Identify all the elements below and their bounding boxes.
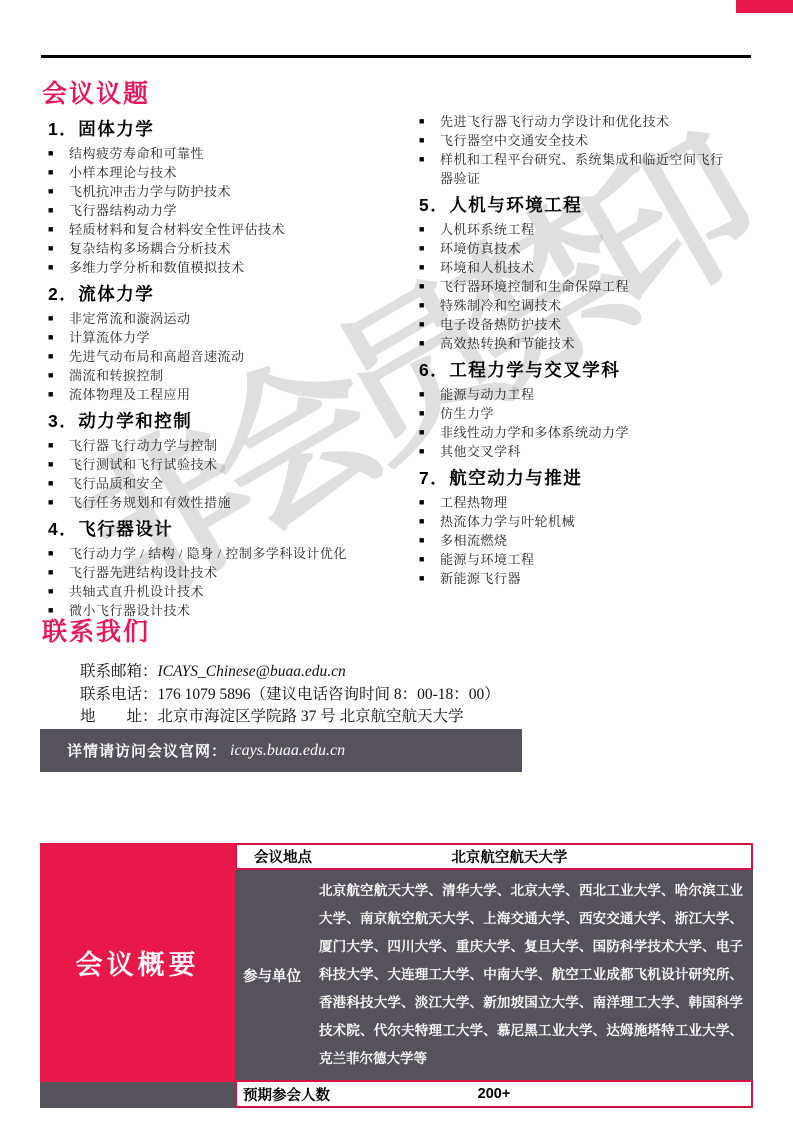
topic-item: ■飞行任务规划和有效性措施: [42, 493, 413, 512]
attendance-row: 预期参会人数 200+: [235, 1080, 753, 1108]
contact-phone-line: 联系电话：176 1079 5896（建议电话咨询时间 8：00-18：00）: [80, 684, 500, 707]
venue-label: 会议地点: [237, 846, 312, 867]
summary-title-cell: 会议概要: [40, 843, 235, 1082]
topic-item-label: 新能源飞行器: [440, 569, 521, 588]
topic-item-label: 能源与环境工程: [440, 550, 535, 569]
topic-item: ■非定常流和漩涡运动: [42, 309, 413, 328]
bullet-square-icon: ■: [48, 436, 69, 455]
bullet-square-icon: ■: [48, 239, 69, 258]
topics-column: 1．固体力学■结构疲劳寿命和可靠性■小样本理论与技术■飞机抗冲击力学与防护技术■…: [42, 112, 413, 620]
bullet-square-icon: ■: [419, 442, 440, 461]
topic-item-label: 飞行器空中交通安全技术: [440, 131, 589, 150]
topic-item-label: 特殊制冷和空调技术: [440, 296, 562, 315]
topic-item: ■电子设备热防护技术: [413, 315, 784, 334]
bullet-square-icon: ■: [48, 201, 69, 220]
topic-item-label: 非定常流和漩涡运动: [69, 309, 191, 328]
topic-item: ■共轴式直升机设计技术: [42, 582, 413, 601]
bullet-square-icon: ■: [419, 493, 440, 512]
contact-lines: 联系邮箱：ICAYS_Chinese@buaa.edu.cn 联系电话：176 …: [80, 661, 500, 729]
bullet-square-icon: ■: [419, 385, 440, 404]
section-heading: 5．人机与环境工程: [413, 188, 784, 220]
topic-item: ■样机和工程平台研究、系统集成和临近空间飞行器验证: [413, 150, 784, 188]
section-heading: 1．固体力学: [42, 112, 413, 144]
bullet-square-icon: ■: [48, 347, 69, 366]
bullet-square-icon: ■: [419, 550, 440, 569]
topic-item: ■飞机抗冲击力学与防护技术: [42, 182, 413, 201]
website-banner: 详情请访问会议官网： icays.buaa.edu.cn: [40, 729, 522, 772]
topic-item-label: 轻质材料和复合材料安全性评估技术: [69, 220, 285, 239]
topic-item: ■飞行品质和安全: [42, 474, 413, 493]
topic-item: ■先进飞行器飞行动力学设计和优化技术: [413, 112, 784, 131]
topic-item-label: 多相流燃烧: [440, 531, 508, 550]
bullet-square-icon: ■: [48, 309, 69, 328]
topic-item-label: 热流体力学与叶轮机械: [440, 512, 575, 531]
topic-item-label: 先进飞行器飞行动力学设计和优化技术: [440, 112, 670, 131]
bullet-square-icon: ■: [419, 131, 440, 150]
contact-address-value: 北京市海淀区学院路 37 号 北京航空航天大学: [158, 708, 464, 725]
topic-item: ■小样本理论与技术: [42, 163, 413, 182]
page-corner-mark: [736, 0, 793, 13]
bullet-square-icon: ■: [48, 182, 69, 201]
topic-item-label: 工程热物理: [440, 493, 508, 512]
topic-item-label: 多维力学分析和数值模拟技术: [69, 258, 245, 277]
topic-item: ■先进气动布局和高超音速流动: [42, 347, 413, 366]
section-heading: 6．工程力学与交叉学科: [413, 353, 784, 385]
topics-two-column-list: 1．固体力学■结构疲劳寿命和可靠性■小样本理论与技术■飞机抗冲击力学与防护技术■…: [42, 112, 784, 620]
topic-item: ■飞行器先进结构设计技术: [42, 563, 413, 582]
website-banner-label: 详情请访问会议官网：: [67, 740, 227, 761]
topic-item: ■工程热物理: [413, 493, 784, 512]
bullet-square-icon: ■: [419, 423, 440, 442]
topic-item-label: 能源与动力工程: [440, 385, 535, 404]
bullet-square-icon: ■: [48, 563, 69, 582]
bullet-square-icon: ■: [419, 258, 440, 277]
bullet-square-icon: ■: [48, 544, 69, 563]
topic-item: ■结构疲劳寿命和可靠性: [42, 144, 413, 163]
topic-item: ■湍流和转捩控制: [42, 366, 413, 385]
topic-item-label: 结构疲劳寿命和可靠性: [69, 144, 204, 163]
topic-item-label: 非线性动力学和多体系统动力学: [440, 423, 629, 442]
topic-item: ■飞行器环境控制和生命保障工程: [413, 277, 784, 296]
bullet-square-icon: ■: [419, 296, 440, 315]
topic-item: ■流体物理及工程应用: [42, 385, 413, 404]
contact-phone-label: 联系电话：: [80, 686, 158, 703]
bullet-square-icon: ■: [48, 493, 69, 512]
topic-item: ■飞行器结构动力学: [42, 201, 413, 220]
bullet-square-icon: ■: [48, 474, 69, 493]
venue-value: 北京航空航天大学: [451, 846, 567, 867]
bullet-square-icon: ■: [48, 455, 69, 474]
topic-item-label: 小样本理论与技术: [69, 163, 177, 182]
topic-item: ■其他交叉学科: [413, 442, 784, 461]
topic-item: ■新能源飞行器: [413, 569, 784, 588]
topic-item-label: 先进气动布局和高超音速流动: [69, 347, 245, 366]
topic-item: ■飞行器空中交通安全技术: [413, 131, 784, 150]
participants-value: 北京航空航天大学、清华大学、北京大学、西北工业大学、哈尔滨工业大学、南京航空航天…: [319, 877, 753, 1073]
topic-item-label: 飞行器飞行动力学与控制: [69, 436, 218, 455]
topic-item-label: 飞行任务规划和有效性措施: [69, 493, 231, 512]
contact-email-label: 联系邮箱：: [80, 663, 158, 680]
contact-address-label: 地 址：: [80, 708, 158, 725]
topic-item-label: 飞行动力学 / 结构 / 隐身 / 控制多学科设计优化: [69, 544, 347, 563]
topic-item: ■热流体力学与叶轮机械: [413, 512, 784, 531]
bullet-square-icon: ■: [48, 144, 69, 163]
topic-item-label: 飞机抗冲击力学与防护技术: [69, 182, 231, 201]
participants-label: 参与单位: [235, 965, 319, 986]
bullet-square-icon: ■: [48, 258, 69, 277]
topic-item: ■轻质材料和复合材料安全性评估技术: [42, 220, 413, 239]
topic-item: ■高效热转换和节能技术: [413, 334, 784, 353]
topic-item-label: 仿生力学: [440, 404, 494, 423]
topic-item-label: 飞行器结构动力学: [69, 201, 177, 220]
topic-item-label: 环境仿真技术: [440, 239, 521, 258]
bullet-square-icon: ■: [419, 404, 440, 423]
topic-item-label: 飞行品质和安全: [69, 474, 164, 493]
bullet-square-icon: ■: [48, 366, 69, 385]
topic-item: ■非线性动力学和多体系统动力学: [413, 423, 784, 442]
topic-item-label: 复杂结构多场耦合分析技术: [69, 239, 231, 258]
bullet-square-icon: ■: [419, 150, 440, 169]
contact-address-line: 地 址：北京市海淀区学院路 37 号 北京航空航天大学: [80, 706, 500, 729]
section-heading: 3．动力学和控制: [42, 404, 413, 436]
bullet-square-icon: ■: [419, 239, 440, 258]
bullet-square-icon: ■: [419, 512, 440, 531]
topic-item: ■环境和人机技术: [413, 258, 784, 277]
topic-item-label: 飞行器先进结构设计技术: [69, 563, 218, 582]
topic-item-label: 湍流和转捩控制: [69, 366, 164, 385]
bullet-square-icon: ■: [419, 220, 440, 239]
topic-item-label: 高效热转换和节能技术: [440, 334, 575, 353]
topic-item: ■能源与动力工程: [413, 385, 784, 404]
topic-item: ■环境仿真技术: [413, 239, 784, 258]
participants-row: 参与单位 北京航空航天大学、清华大学、北京大学、西北工业大学、哈尔滨工业大学、南…: [235, 870, 753, 1080]
topics-section-title: 会议议题: [42, 74, 150, 110]
topic-item: ■仿生力学: [413, 404, 784, 423]
summary-left-bottom-cell: [40, 1082, 235, 1108]
bullet-square-icon: ■: [48, 220, 69, 239]
topic-item-label: 共轴式直升机设计技术: [69, 582, 204, 601]
bullet-square-icon: ■: [48, 328, 69, 347]
bullet-square-icon: ■: [419, 569, 440, 588]
conference-summary-table: 会议概要 会议地点 北京航空航天大学 参与单位 北京航空航天大学、清华大学、北京…: [40, 843, 753, 1108]
section-heading: 2．流体力学: [42, 277, 413, 309]
topic-item-label: 飞行测试和飞行试验技术: [69, 455, 218, 474]
venue-row: 会议地点 北京航空航天大学: [235, 843, 753, 870]
topic-item: ■飞行器飞行动力学与控制: [42, 436, 413, 455]
topic-item: ■飞行测试和飞行试验技术: [42, 455, 413, 474]
bullet-square-icon: ■: [419, 315, 440, 334]
bullet-square-icon: ■: [419, 277, 440, 296]
topic-item-label: 飞行器环境控制和生命保障工程: [440, 277, 629, 296]
section-heading: 7．航空动力与推进: [413, 461, 784, 493]
topic-item-label: 人机环系统工程: [440, 220, 535, 239]
bullet-square-icon: ■: [419, 334, 440, 353]
contact-section: 联系我们 联系邮箱：ICAYS_Chinese@buaa.edu.cn 联系电话…: [42, 612, 500, 729]
contact-email-line: 联系邮箱：ICAYS_Chinese@buaa.edu.cn: [80, 661, 500, 684]
topic-item: ■能源与环境工程: [413, 550, 784, 569]
topic-item: ■飞行动力学 / 结构 / 隐身 / 控制多学科设计优化: [42, 544, 413, 563]
bullet-square-icon: ■: [48, 163, 69, 182]
topic-item-label: 环境和人机技术: [440, 258, 535, 277]
contact-email-value: ICAYS_Chinese@buaa.edu.cn: [158, 663, 346, 680]
bullet-square-icon: ■: [419, 531, 440, 550]
summary-right-column: 会议地点 北京航空航天大学 参与单位 北京航空航天大学、清华大学、北京大学、西北…: [235, 843, 753, 1108]
topic-item-label: 计算流体力学: [69, 328, 150, 347]
topic-item: ■多维力学分析和数值模拟技术: [42, 258, 413, 277]
contact-section-title: 联系我们: [42, 612, 500, 648]
top-rule-divider: [41, 55, 751, 58]
bullet-square-icon: ■: [48, 385, 69, 404]
bullet-square-icon: ■: [419, 112, 440, 131]
topic-item-label: 样机和工程平台研究、系统集成和临近空间飞行器验证: [440, 150, 736, 188]
attendance-value: 200+: [478, 1086, 511, 1102]
topic-item-label: 流体物理及工程应用: [69, 385, 191, 404]
website-banner-url: icays.buaa.edu.cn: [230, 742, 345, 760]
topic-item: ■多相流燃烧: [413, 531, 784, 550]
section-heading: 4．飞行器设计: [42, 512, 413, 544]
topic-item-label: 电子设备热防护技术: [440, 315, 562, 334]
topic-item-label: 其他交叉学科: [440, 442, 521, 461]
topic-item: ■复杂结构多场耦合分析技术: [42, 239, 413, 258]
summary-left-column: 会议概要: [40, 843, 235, 1108]
topic-item: ■人机环系统工程: [413, 220, 784, 239]
topic-item: ■特殊制冷和空调技术: [413, 296, 784, 315]
topics-column: ■先进飞行器飞行动力学设计和优化技术■飞行器空中交通安全技术■样机和工程平台研究…: [413, 112, 784, 588]
topic-item: ■计算流体力学: [42, 328, 413, 347]
bullet-square-icon: ■: [48, 582, 69, 601]
contact-phone-value: 176 1079 5896（建议电话咨询时间 8：00-18：00）: [158, 686, 500, 703]
attendance-label: 预期参会人数: [237, 1084, 330, 1105]
